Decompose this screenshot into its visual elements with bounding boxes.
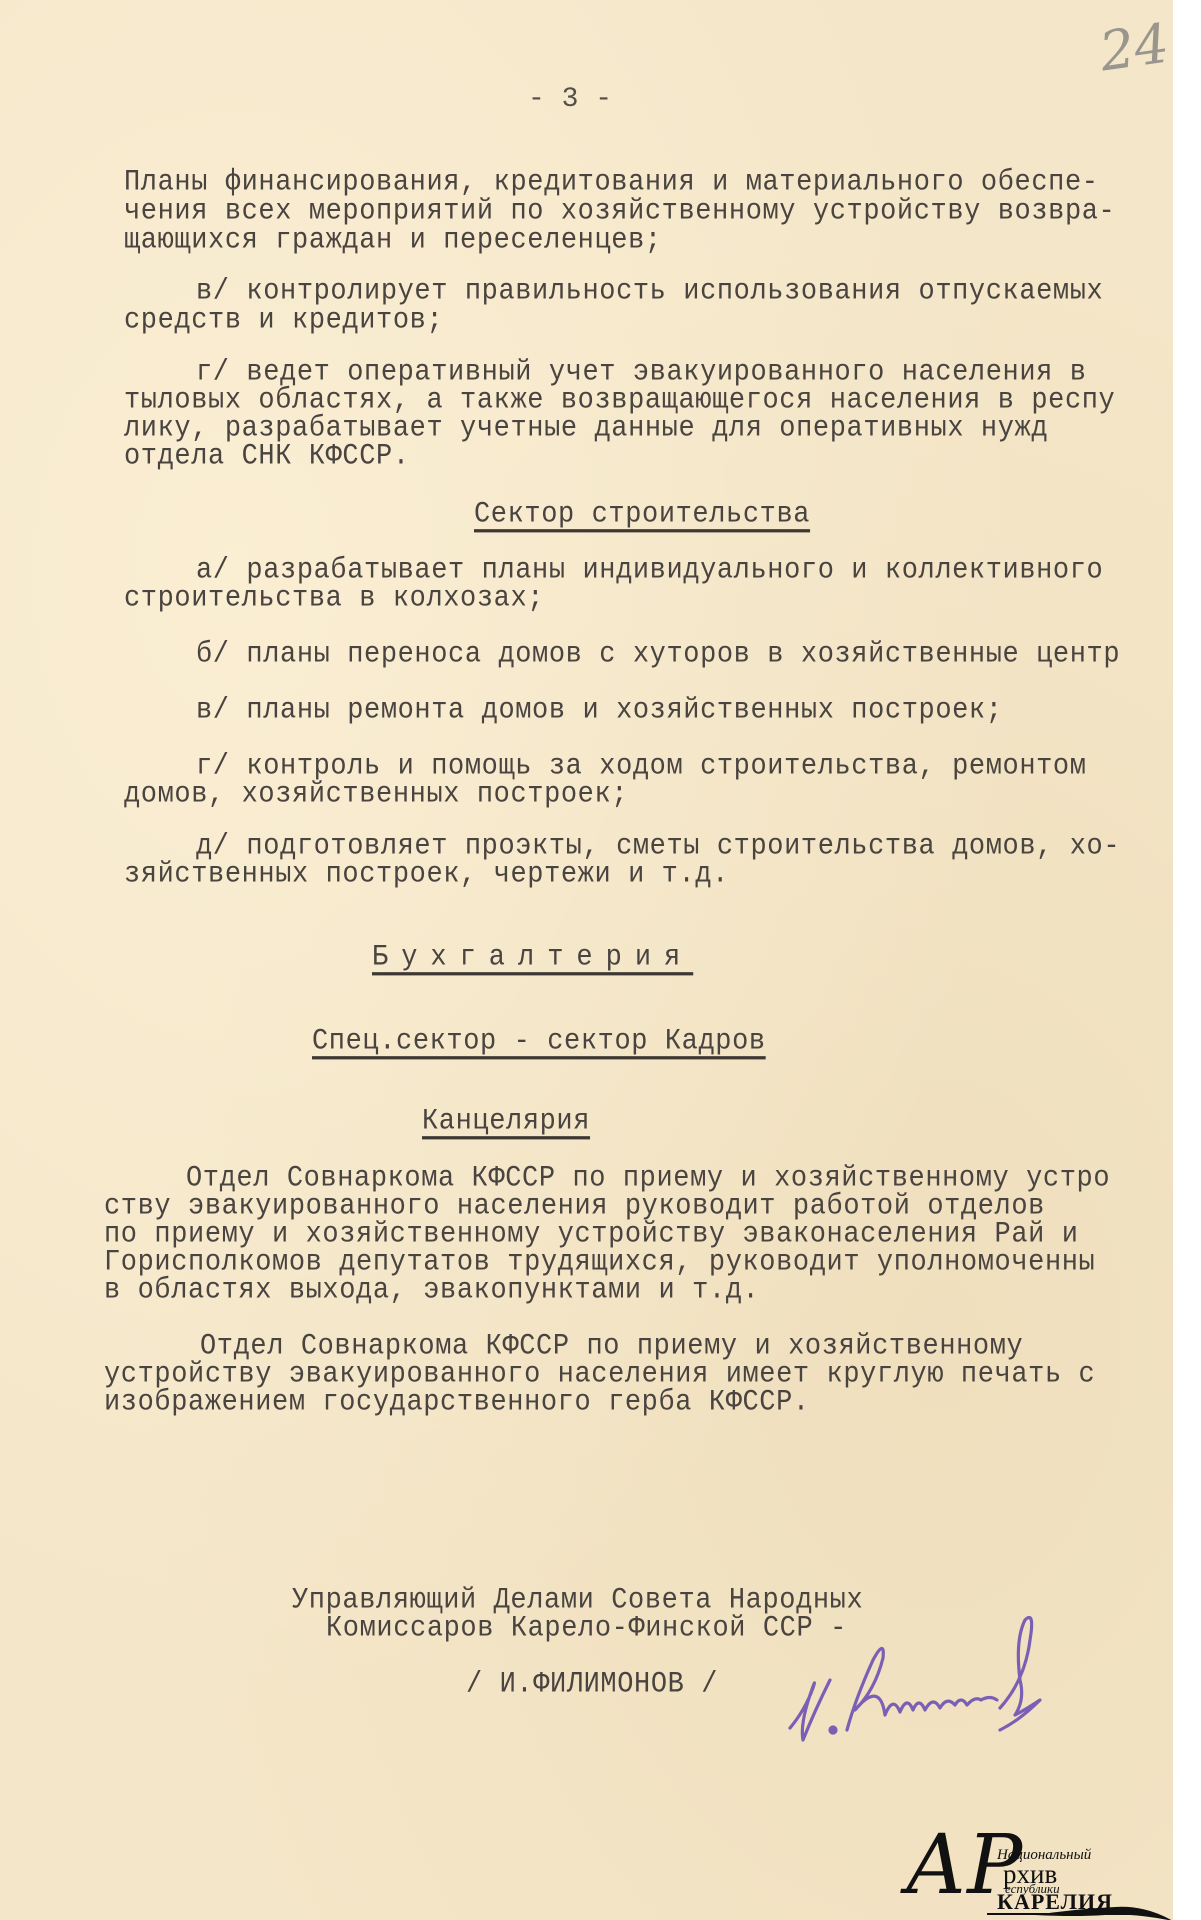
document-page: 24 - 3 - Планы финансирования, кредитова… [0,0,1173,1920]
heading-special-sector: Спец.сектор - сектор Кадров [312,1027,766,1057]
item-v-line-1: в/ контролирует правильность использован… [196,277,1103,307]
construction-d-line-1: д/ подготовляет проэкты, сметы строитель… [196,832,1120,862]
signature-title-line-1: Управляющий Делами Совета Народных [292,1586,863,1616]
construction-d-line-2: зяйственных построек, чертежи и т.д. [124,860,729,890]
item-g-line-3: лику, разрабатывает учетные данные для о… [124,414,1048,444]
paragraph-2-line-3: изображением государственного герба КФСС… [104,1388,810,1418]
signature-title-line-2: Комиссаров Карело-Финской ССР - [326,1614,847,1644]
archive-logo: АР Национальный рхив еспублики КАРЕЛИЯ [905,1815,1173,1920]
intro-line-2: чения всех мероприятий по хозяйственному… [124,197,1115,227]
construction-a-line-1: а/ разрабатывает планы индивидуального и… [196,556,1103,586]
construction-g-line-2: домов, хозяйственных построек; [124,780,628,810]
handwritten-signature [785,1600,1055,1750]
folio-number: 24 [1096,12,1173,84]
construction-g-line-1: г/ контроль и помощь за ходом строительс… [196,752,1087,782]
paragraph-1-line-4: Горисполкомов депутатов трудящихся, руко… [104,1248,1095,1278]
quill-feather-icon [1035,1903,1175,1920]
construction-a-line-2: строительства в колхозах; [124,584,544,614]
paragraph-1-line-5: в областях выхода, эвакопунктами и т.д. [104,1276,759,1306]
paragraph-2-line-1: Отдел Совнаркома КФССР по приему и хозяй… [200,1332,1023,1362]
paragraph-1-line-3: по приему и хозяйственному устройству эв… [104,1220,1079,1250]
construction-v-line-1: в/ планы ремонта домов и хозяйственных п… [196,696,1003,726]
item-g-line-4: отдела СНК КФССР. [124,442,410,472]
paragraph-1-line-1: Отдел Совнаркома КФССР по приему и хозяй… [186,1164,1110,1194]
item-g-line-2: тыловых областях, а также возвращающегос… [124,386,1115,416]
paragraph-2-line-2: устройству эвакуированного населения име… [104,1360,1095,1390]
item-g-line-1: г/ ведет оперативный учет эвакуированног… [196,358,1087,388]
intro-line-1: Планы финансирования, кредитования и мат… [124,168,1099,198]
heading-chancellery: Канцелярия [422,1107,590,1137]
intro-line-3: щающихся граждан и переселенцев; [124,226,662,256]
paragraph-1-line-2: ству эвакуированного населения руководит… [104,1192,1045,1222]
signatory-name: / И.ФИЛИМОНОВ / [466,1670,718,1700]
construction-b-line-1: б/ планы переноса домов с хуторов в хозя… [196,640,1120,670]
item-v-line-2: средств и кредитов; [124,306,443,336]
heading-accounting: Бухгалтерия [372,943,693,973]
heading-construction-sector: Сектор строительства [474,500,810,530]
page-marker: - 3 - [0,84,1140,115]
